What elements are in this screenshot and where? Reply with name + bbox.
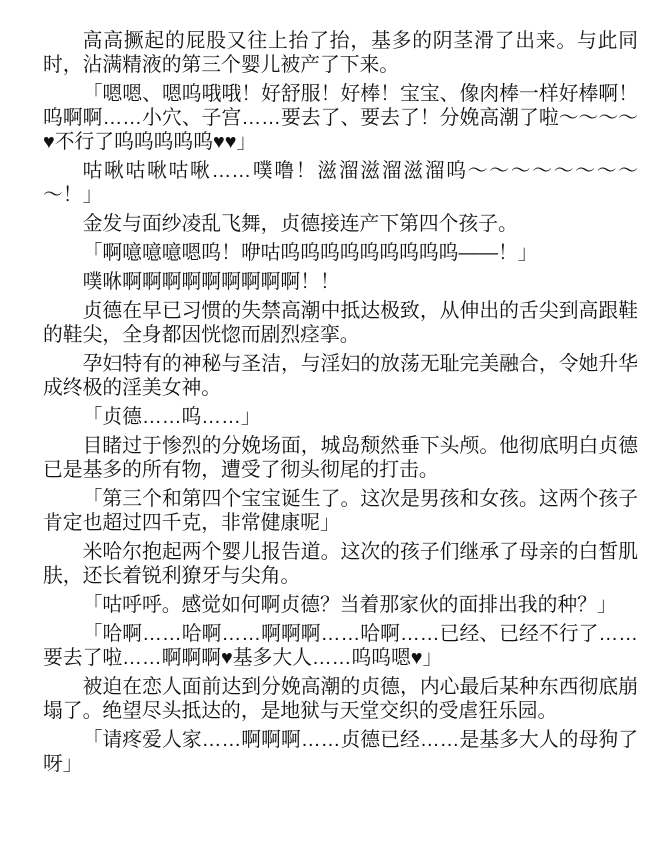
paragraph: 目睹过于惨烈的分娩场面，城岛颓然垂下头颅。他彻底明白贞德已是基多的所有物，遭受了… [43, 434, 638, 482]
paragraph: 贞德在早已习惯的失禁高潮中抵达极致，从伸出的舌尖到高跟鞋的鞋尖，全身都因恍惚而剧… [43, 299, 638, 347]
paragraph: 噗咻啊啊啊啊啊啊啊啊啊！！ [43, 270, 638, 294]
text-body: 高高撅起的屁股又往上抬了抬，基多的阴茎滑了出来。与此同时，沾满精液的第三个婴儿被… [43, 29, 638, 776]
paragraph: 高高撅起的屁股又往上抬了抬，基多的阴茎滑了出来。与此同时，沾满精液的第三个婴儿被… [43, 29, 638, 77]
paragraph: 金发与面纱凌乱飞舞，贞德接连产下第四个孩子。 [43, 212, 638, 236]
paragraph: 被迫在恋人面前达到分娩高潮的贞德，内心最后某种东西彻底崩塌了。绝望尽头抵达的，是… [43, 675, 638, 723]
paragraph: 孕妇特有的神秘与圣洁，与淫妇的放荡无耻完美融合，令她升华成终极的淫美女神。 [43, 352, 638, 400]
paragraph: 咕啾咕啾咕啾……噗噜！滋溜滋溜滋溜呜～～～～～～～～～！」 [43, 159, 638, 207]
paragraph: 「咕呼呼。感觉如何啊贞德？当着那家伙的面排出我的种？」 [43, 593, 638, 617]
paragraph: 「啊噫噫噫嗯呜！咿咕呜呜呜呜呜呜呜呜呜——！」 [43, 241, 638, 265]
paragraph: 米哈尔抱起两个婴儿报告道。这次的孩子们继承了母亲的白皙肌肤，还长着锐利獠牙与尖角… [43, 540, 638, 588]
paragraph: 「请疼爱人家……啊啊啊……贞德已经……是基多大人的母狗了呀」 [43, 728, 638, 776]
paragraph: 「哈啊……哈啊……啊啊啊……哈啊……已经、已经不行了……要去了啦……啊啊啊♥基多… [43, 622, 638, 670]
paragraph: 「第三个和第四个宝宝诞生了。这次是男孩和女孩。这两个孩子肯定也超过四千克，非常健… [43, 487, 638, 535]
reader-page: 高高撅起的屁股又往上抬了抬，基多的阴茎滑了出来。与此同时，沾满精液的第三个婴儿被… [0, 0, 650, 850]
paragraph: 「嗯嗯、嗯呜哦哦！好舒服！好棒！宝宝、像肉棒一样好棒啊！呜啊啊……小穴、子宫……… [43, 82, 638, 154]
paragraph: 「贞德……呜……」 [43, 405, 638, 429]
